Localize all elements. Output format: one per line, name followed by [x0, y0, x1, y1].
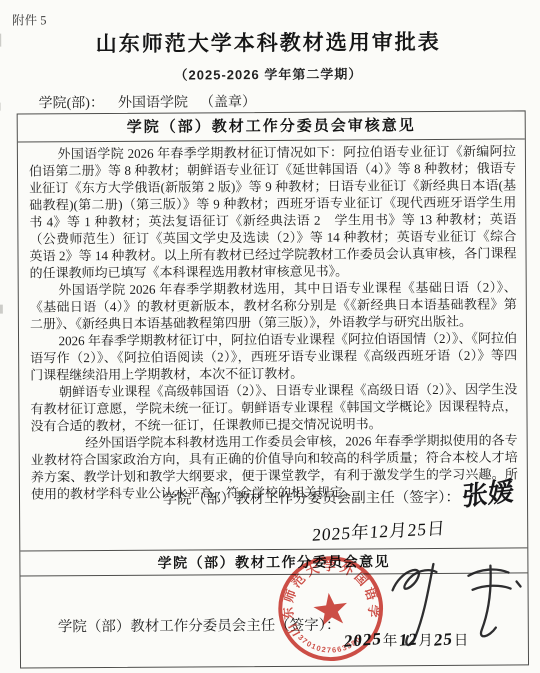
signature-flourish-right-stem: [481, 566, 496, 637]
scan-artifact: [0, 305, 3, 314]
signature-flourish-left-descender: [406, 564, 434, 645]
chair-handwritten-signatures: [376, 551, 532, 660]
paragraph-reused-textbooks: 2026 年春季学期教材征订中，阿拉伯语专业课程《阿拉伯语国情（2）》、《阿拉伯…: [30, 329, 517, 383]
vice-chair-signature-line: 学院（部）教材工作分委员会副主任（签字）： 张媛: [163, 486, 514, 510]
department-label: 学院(部)：: [39, 96, 104, 111]
department-line: 学院(部)：外国语学院（盖章）: [39, 91, 256, 112]
signature-flourish-right-dot: [517, 581, 521, 586]
seal-hint: （盖章）: [200, 95, 256, 110]
scan-artifact: [0, 103, 1, 111]
attachment-label: 附件 5: [12, 10, 46, 28]
seal-star-icon: [312, 591, 350, 627]
page-title: 山东师范大学本科教材选用审批表: [0, 25, 538, 58]
department-value: 外国语学院: [118, 95, 188, 110]
scanned-document: 附件 5 山东师范大学本科教材选用审批表 （2025-2026 学年第二学期） …: [0, 0, 540, 667]
vice-chair-handwritten-signature: 张媛: [462, 479, 515, 511]
paragraph-order-summary: 外国语学院 2026 年春季学期教材征订情况如下：阿拉伯语专业征订《新编阿拉伯语…: [29, 142, 517, 281]
paragraph-version-update: 外国语学院 2026 年春季学期教材选用，其中日语专业课程《基础日语（2）》、《…: [30, 278, 517, 332]
paragraph-no-order-courses: 朝鲜语专业课程《高级韩国语（2）》、日语专业课程《高级日语（2）》、因学生没有教…: [30, 380, 517, 434]
section1-header: 学院（部）教材工作分委员会审核意见: [18, 111, 525, 142]
section1-review-text: 外国语学院 2026 年春季学期教材征订情况如下：阿拉伯语专业征订《新编阿拉伯语…: [29, 142, 518, 502]
page-subtitle: （2025-2026 学年第二学期）: [0, 62, 538, 84]
vice-chair-signature-label: 学院（部）教材工作分委员会副主任（签字）：: [163, 486, 460, 509]
signature-flourish-right-top: [468, 569, 508, 575]
section1-handwritten-date: 2025年12月25日: [311, 515, 446, 547]
